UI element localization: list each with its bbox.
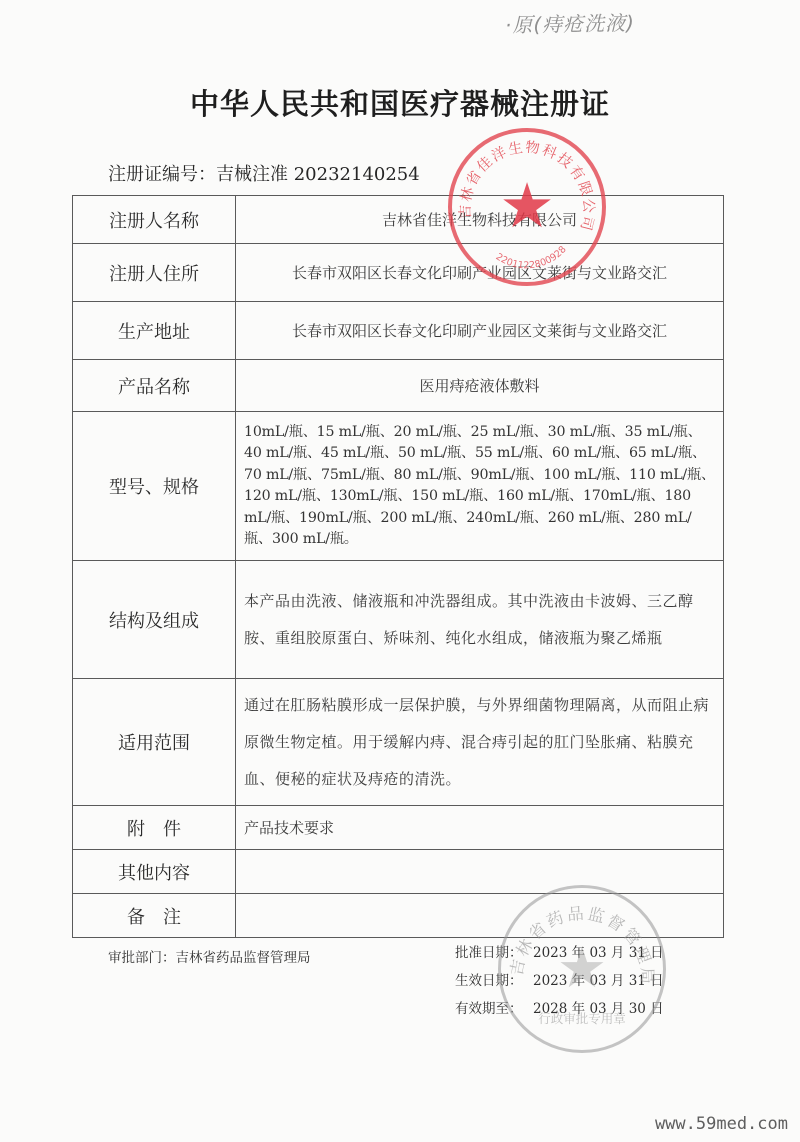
handwritten-note: ·原(痔疮洗液) [505, 7, 635, 38]
effective-date: 生效日期：2023 年 03 月 31 日 [455, 972, 664, 1000]
registration-number-label: 注册证编号： [108, 164, 216, 185]
row-value: 吉林省佳洋生物科技有限公司 [236, 196, 724, 244]
specs-text: 10mL/瓶、15 mL/瓶、20 mL/瓶、25 mL/瓶、30 mL/瓶、3… [236, 422, 723, 551]
row-label: 型号、规格 [73, 412, 236, 561]
table-row-registrant-name: 注册人名称 吉林省佳洋生物科技有限公司 [73, 196, 724, 244]
row-value: 本产品由洗液、储液瓶和冲洗器组成。其中洗液由卡波姆、三乙醇胺、重组胶原蛋白、矫味… [236, 561, 724, 679]
row-label: 注册人名称 [73, 196, 236, 244]
row-value: 长春市双阳区长春文化印刷产业园区文莱街与文业路交汇 [236, 244, 724, 302]
certificate-table: 注册人名称 吉林省佳洋生物科技有限公司 注册人住所 长春市双阳区长春文化印刷产业… [72, 195, 724, 938]
row-label: 附 件 [73, 806, 236, 850]
row-label: 产品名称 [73, 360, 236, 412]
row-label: 备 注 [73, 894, 236, 938]
table-row-structure: 结构及组成 本产品由洗液、储液瓶和冲洗器组成。其中洗液由卡波姆、三乙醇胺、重组胶… [73, 561, 724, 679]
table-row-remarks: 备 注 [73, 894, 724, 938]
table-row-attachment: 附 件 产品技术要求 [73, 806, 724, 850]
date-block: 批准日期：2023 年 03 月 31 日 生效日期：2023 年 03 月 3… [455, 944, 664, 1028]
table-row-product-name: 产品名称 医用痔疮液体敷料 [73, 360, 724, 412]
date-value: 2023 年 03 月 31 日 [533, 945, 664, 961]
row-value: 通过在肛肠粘膜形成一层保护膜，与外界细菌物理隔离，从而阻止病原微生物定植。用于缓… [236, 679, 724, 806]
date-value: 2028 年 03 月 30 日 [533, 1001, 664, 1017]
row-value [236, 894, 724, 938]
table-row-other: 其他内容 [73, 850, 724, 894]
table-row-models-specs: 型号、规格 10mL/瓶、15 mL/瓶、20 mL/瓶、25 mL/瓶、30 … [73, 412, 724, 561]
approval-department: 审批部门：吉林省药品监督管理局 [108, 946, 311, 966]
row-value [236, 850, 724, 894]
date-label: 生效日期： [455, 972, 533, 990]
table-row-registrant-address: 注册人住所 长春市双阳区长春文化印刷产业园区文莱街与文业路交汇 [73, 244, 724, 302]
date-label: 批准日期： [455, 944, 533, 962]
row-label: 结构及组成 [73, 561, 236, 679]
expiry-date: 有效期至：2028 年 03 月 30 日 [455, 1000, 664, 1028]
row-label: 生产地址 [73, 302, 236, 360]
approval-date: 批准日期：2023 年 03 月 31 日 [455, 944, 664, 972]
date-label: 有效期至： [455, 1000, 533, 1018]
row-label: 注册人住所 [73, 244, 236, 302]
approval-dept-value: 吉林省药品监督管理局 [176, 950, 311, 966]
watermark: www.59med.com [655, 1114, 788, 1134]
document-title: 中华人民共和国医疗器械注册证 [0, 82, 800, 123]
table-row-scope: 适用范围 通过在肛肠粘膜形成一层保护膜，与外界细菌物理隔离，从而阻止病原微生物定… [73, 679, 724, 806]
registration-prefix: 吉械注准 [216, 164, 288, 185]
table-row-production-address: 生产地址 长春市双阳区长春文化印刷产业园区文莱街与文业路交汇 [73, 302, 724, 360]
row-label: 其他内容 [73, 850, 236, 894]
registration-number: 20232140254 [294, 164, 420, 185]
scope-text: 通过在肛肠粘膜形成一层保护膜，与外界细菌物理隔离，从而阻止病原微生物定植。用于缓… [244, 687, 717, 798]
registration-number-line: 注册证编号：吉械注准 20232140254 [108, 160, 420, 186]
approval-dept-label: 审批部门： [108, 950, 176, 966]
structure-text: 本产品由洗液、储液瓶和冲洗器组成。其中洗液由卡波姆、三乙醇胺、重组胶原蛋白、矫味… [244, 583, 717, 657]
date-value: 2023 年 03 月 31 日 [533, 973, 664, 989]
row-value: 产品技术要求 [236, 806, 724, 850]
row-value: 10mL/瓶、15 mL/瓶、20 mL/瓶、25 mL/瓶、30 mL/瓶、3… [236, 412, 724, 561]
row-label: 适用范围 [73, 679, 236, 806]
row-value: 长春市双阳区长春文化印刷产业园区文莱街与文业路交汇 [236, 302, 724, 360]
row-value: 医用痔疮液体敷料 [236, 360, 724, 412]
